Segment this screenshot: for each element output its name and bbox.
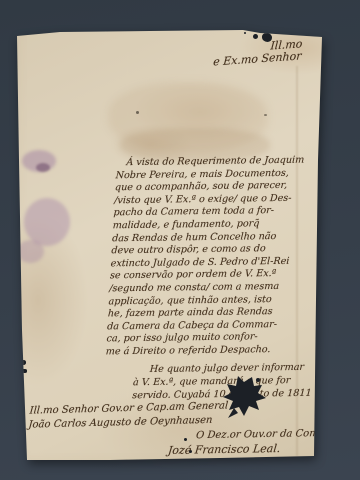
ink-spot bbox=[244, 32, 246, 34]
purple-stain bbox=[24, 198, 70, 246]
addressee-block: Ill.mo Senhor Gov.or e Cap.am General Jo… bbox=[28, 399, 229, 431]
foxing-stain bbox=[108, 82, 268, 152]
purple-stain bbox=[22, 150, 56, 172]
manuscript-page: Ill.mo e Ex.mo Senhor Á vista do Requeri… bbox=[0, 0, 360, 480]
ink-spot bbox=[20, 360, 26, 365]
ink-spot bbox=[184, 438, 187, 441]
purple-stain bbox=[36, 163, 50, 172]
manuscript-line: me á Direito o referido Despacho. bbox=[105, 344, 294, 359]
letter-body: Á vista do Requerimento de Joaquim Nobre… bbox=[105, 155, 304, 359]
paper-shadow: Ill.mo e Ex.mo Senhor Á vista do Requeri… bbox=[0, 0, 360, 480]
signature: Jozé Francisco Leal. bbox=[167, 442, 281, 457]
salutation: Ill.mo e Ex.mo Senhor bbox=[195, 38, 302, 70]
ink-speck bbox=[264, 114, 267, 116]
letter-closing: He quanto julgo dever informar à V. Ex.ª… bbox=[132, 361, 314, 403]
signer-title: O Dez.or Ouv.or da Com.ca bbox=[195, 428, 334, 441]
photo-background: Ill.mo e Ex.mo Senhor Á vista do Requeri… bbox=[0, 0, 360, 480]
ink-spot bbox=[253, 34, 258, 39]
purple-stain bbox=[17, 240, 44, 263]
ink-speck bbox=[136, 111, 139, 114]
ink-spot bbox=[22, 369, 27, 373]
